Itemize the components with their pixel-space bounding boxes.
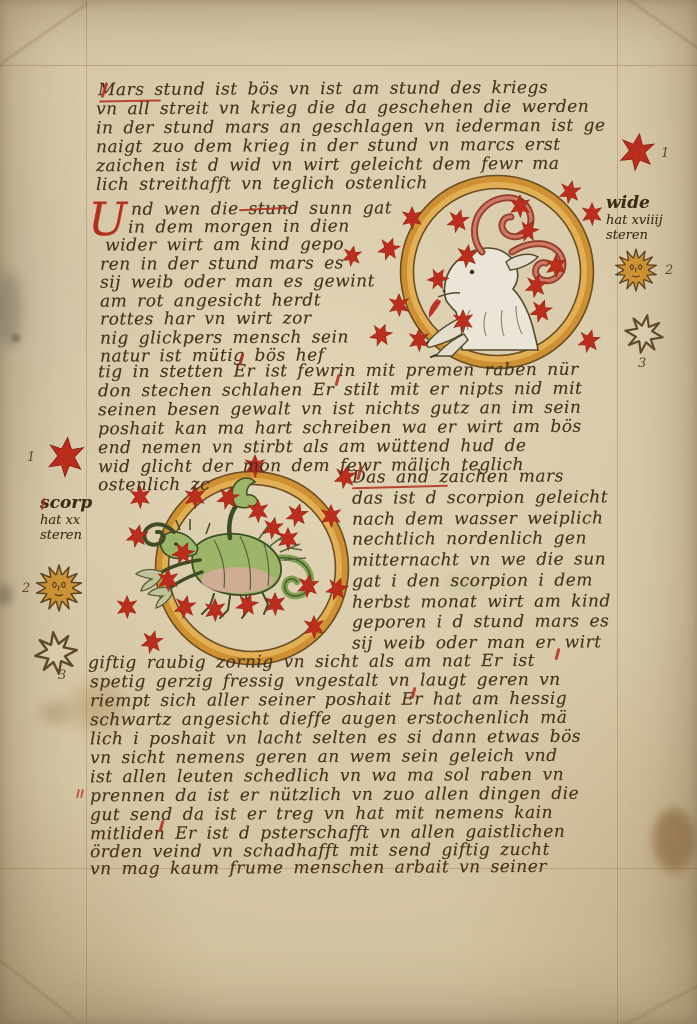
spot-left [12, 334, 20, 342]
red-star-icon [117, 596, 137, 619]
scorpio-ring [162, 478, 342, 658]
red-star-icon [158, 569, 178, 592]
red-star-icon [285, 501, 310, 528]
scorpion-claw-left-1 [136, 570, 162, 591]
ram-foreleg-2 [436, 334, 468, 356]
ram-ear [506, 254, 538, 270]
figure-number: 1 [27, 450, 35, 465]
red-star-icon [205, 599, 225, 622]
red-star-icon [424, 265, 451, 293]
stain-left-edge [0, 270, 22, 348]
star-count-word: steren [606, 228, 663, 243]
figure-number: 3 [58, 668, 66, 683]
margin-note-aries: wide hat xviiij steren [606, 194, 663, 243]
scorpion-eye [174, 542, 178, 546]
ruling-line-right [617, 0, 618, 1024]
figure-number: 1 [661, 146, 669, 161]
scorpio-scorpion [136, 478, 311, 618]
red-star-icon [577, 327, 602, 354]
red-star-icon-margin-left [48, 436, 85, 478]
red-star-icon [510, 195, 530, 218]
red-star-icon [321, 505, 341, 528]
red-star-icon [446, 207, 471, 234]
text-line: geporen i d stund mars es [352, 612, 609, 632]
figure-number: 3 [638, 356, 646, 371]
text-line: lich streithafft vn teglich ostenlich [96, 174, 428, 195]
red-star-icon [582, 203, 602, 226]
outline-star-icon-left [32, 629, 79, 676]
red-star-icon [173, 594, 197, 621]
stain-bottom-right [653, 808, 695, 872]
ram-tongue [429, 299, 441, 318]
red-star-icon [524, 273, 548, 300]
red-star-icon-margin-right [619, 132, 655, 173]
red-star-icon [262, 516, 284, 541]
scorpion-legs [202, 592, 268, 618]
red-star-icon [342, 244, 363, 268]
red-star-icon [409, 329, 429, 352]
red-star-icon [528, 297, 554, 325]
text-line: herbst monat wirt am kind [352, 592, 611, 612]
rubricated-initial: U [88, 198, 127, 240]
red-star-icon [265, 593, 285, 616]
sun-face-icon-right [616, 249, 657, 291]
red-star-icon [368, 321, 395, 350]
red-star-icon [558, 179, 582, 206]
text-line: vn mag kaum frume menschen arbait vn sei… [90, 858, 547, 879]
figure-number: 2 [22, 581, 30, 596]
ruling-line-top [0, 65, 697, 66]
crease-top-left [0, 2, 88, 68]
rubric-margin-mark [80, 789, 84, 798]
red-star-icon [546, 255, 566, 278]
text-line: sij weib oder man es gewint [100, 272, 375, 292]
aries-medallion [401, 176, 594, 369]
red-star-icon [234, 591, 260, 619]
scorpion-tail [278, 558, 311, 596]
red-star-icon [169, 538, 197, 567]
ram-horn-front [475, 198, 531, 252]
aries-ring [407, 182, 587, 362]
ram-foreleg-1 [427, 318, 462, 347]
text-line: Das and zaichen mars [352, 467, 564, 487]
text-line: das ist d scorpion geleicht [352, 488, 608, 508]
scorpion-body [192, 534, 281, 595]
red-star-icon [297, 573, 320, 599]
crease-bottom-right [620, 974, 697, 1024]
red-star-icon [456, 243, 479, 269]
aries-ram [424, 198, 563, 357]
text-line: gat i den scorpion i dem [352, 571, 593, 591]
zodiac-name-label: scorp [40, 494, 92, 513]
figure-number: 2 [665, 263, 673, 278]
text-line: nach dem wasser weiplich [352, 509, 604, 529]
red-star-icon [140, 628, 165, 655]
red-star-icon [515, 217, 541, 245]
scorpion-horn [144, 524, 174, 544]
scorpio-medallion [136, 472, 349, 665]
red-star-icon [278, 528, 298, 551]
scorpion-head [161, 532, 198, 558]
smudge-left [40, 702, 70, 724]
red-star-icon [376, 235, 402, 263]
red-star-icon [453, 310, 473, 333]
crease-bottom-left [0, 955, 74, 1018]
ram-eye [470, 270, 474, 274]
outline-star-icon-right [622, 312, 666, 356]
red-star-icon [304, 616, 324, 639]
scorpion-claw-raised [232, 478, 258, 508]
text-line: ostenlich zc [98, 476, 210, 496]
text-line: mitternacht vn we die sun [352, 550, 606, 570]
star-count-word: steren [40, 528, 92, 543]
scorpion-belly [201, 567, 273, 593]
red-star-icon [402, 207, 422, 230]
spot-left-mid [0, 584, 13, 606]
red-star-icon [389, 294, 409, 317]
text-line: nechtlich nordenlich gen [352, 529, 587, 549]
text-line: rottes har vn wirt zor [100, 309, 312, 329]
sun-face-icon-left [37, 565, 82, 611]
crease-top-right [616, 0, 697, 56]
red-star-icon [215, 484, 241, 512]
star-count-label: hat xviiij [606, 213, 663, 228]
red-star-icon [248, 500, 268, 523]
star-count-label: hat xx [40, 513, 92, 528]
ram-horn-back [512, 244, 563, 281]
scorpion-back-spikes [258, 526, 306, 560]
scorpion-claw-left-2 [148, 587, 172, 608]
zodiac-name-label: wide [606, 194, 663, 213]
margin-note-scorpio: scorp hat xx steren [40, 494, 92, 543]
manuscript-page: Mars stund ist bös vn ist am stund des k… [0, 0, 697, 1024]
red-star-icon [125, 522, 150, 549]
red-star-icon [324, 575, 350, 603]
